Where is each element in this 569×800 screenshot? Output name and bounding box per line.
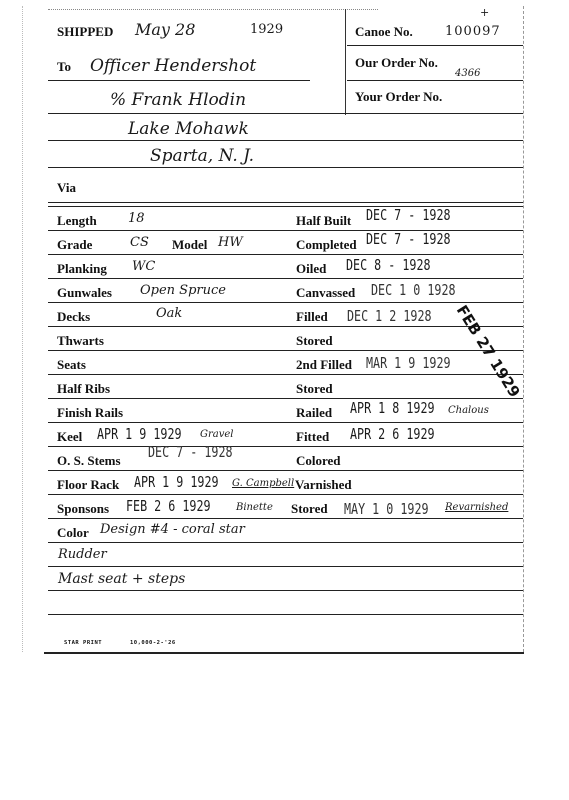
row-line [48,254,523,255]
model-value: HW [218,235,243,250]
row-line [48,590,523,591]
canvassed-stamp: DEC 1 0 1928 [371,281,456,299]
stored-label-1: Stored [296,333,333,349]
length-value: 18 [128,211,145,226]
row-line [48,230,523,231]
canoe-no-mark: + [480,6,489,19]
decks-label: Decks [57,309,90,325]
top-border [48,9,378,10]
grade-label: Grade [57,237,92,253]
stored-label-2: Stored [296,381,333,397]
filled-label: Filled [296,309,328,325]
card-bottom-line [44,652,524,654]
finish-rails-label: Finish Rails [57,405,123,421]
keel-stamp: APR 1 9 1929 [97,425,182,443]
second-filled-stamp: MAR 1 9 1929 [366,354,451,372]
shipped-year: 1929 [250,22,283,37]
print-code: 10,000-2-'26 [130,640,176,646]
colored-label: Colored [296,453,341,469]
completed-stamp: DEC 7 - 1928 [366,230,451,248]
to-line-1: Officer Hendershot [90,56,256,76]
color-value: Design #4 - coral star [100,522,245,537]
length-label: Length [57,213,97,229]
row-line [48,494,523,495]
floor-rack-note: G. Campbell [232,478,294,489]
row-line [48,374,523,375]
to-underline-4 [48,167,523,168]
row-line [48,422,523,423]
your-order-label: Your Order No. [355,89,442,105]
keel-note: Gravel [200,429,234,440]
seats-label: Seats [57,357,86,373]
decks-value: Oak [156,306,182,321]
sponsons-note: Binette [236,502,273,513]
canoe-no-underline [347,45,523,46]
second-filled-label: 2nd Filled [296,357,352,373]
to-underline-3 [48,140,523,141]
row-line [48,350,523,351]
canvassed-label: Canvassed [296,285,355,301]
railed-label: Railed [296,405,332,421]
gunwales-label: Gunwales [57,285,112,301]
keel-label: Keel [57,429,82,445]
oiled-stamp: DEC 8 - 1928 [346,256,431,274]
stored-note: Revarnished [445,502,508,513]
oiled-label: Oiled [296,261,326,277]
via-label: Via [57,180,76,196]
varnished-label: Varnished [295,477,352,493]
half-built-label: Half Built [296,213,351,229]
grade-value: CS [130,235,149,250]
railed-note: Chalous [448,405,489,416]
to-line-2: % Frank Hlodin [110,90,246,110]
floor-rack-label: Floor Rack [57,477,119,493]
row-line [48,542,523,543]
extra-row-rudder: Rudder [58,547,107,562]
row-line [48,614,523,615]
planking-value: WC [132,259,155,274]
canoe-no-value: 100097 [445,24,501,39]
floor-rack-stamp: APR 1 9 1929 [134,473,219,491]
extra-row-mast: Mast seat + steps [58,571,185,587]
row-line [48,518,523,519]
row-line [48,398,523,399]
our-order-value: 4366 [455,68,480,79]
stored-stamp: MAY 1 0 1929 [344,500,429,518]
to-label: To [57,59,71,75]
via-double-line-1 [48,202,523,203]
row-line [48,566,523,567]
row-line [48,470,523,471]
shipped-label: SHIPPED [57,24,113,40]
half-ribs-label: Half Ribs [57,381,110,397]
row-line [48,446,523,447]
printer-imprint: STAR PRINT [64,640,102,646]
planking-label: Planking [57,261,107,277]
railed-stamp: APR 1 8 1929 [350,399,435,417]
thwarts-label: Thwarts [57,333,104,349]
row-line [48,326,523,327]
to-line-3: Lake Mohawk [128,119,249,139]
row-line [48,278,523,279]
our-order-label: Our Order No. [355,55,438,71]
half-built-stamp: DEC 7 - 1928 [366,206,451,224]
os-stems-label: O. S. Stems [57,453,121,469]
row-line [48,302,523,303]
to-underline-1 [48,80,310,81]
gunwales-value: Open Spruce [140,283,226,298]
filled-stamp: DEC 1 2 1928 [347,307,432,325]
fitted-label: Fitted [296,429,329,445]
completed-label: Completed [296,237,357,253]
color-label: Color [57,525,89,541]
model-label: Model [172,237,207,253]
canoe-no-label: Canoe No. [355,24,413,40]
via-double-line-2 [48,206,523,207]
fitted-stamp: APR 2 6 1929 [350,425,435,443]
order-box-divider [345,9,346,115]
our-order-underline [347,80,523,81]
stored-label-3: Stored [291,501,328,517]
shipped-date: May 28 [135,20,195,39]
sponsons-label: Sponsons [57,501,109,517]
sponsons-stamp: FEB 2 6 1929 [126,497,211,515]
to-line-4: Sparta, N. J. [150,146,254,166]
to-underline-2 [48,113,523,114]
os-stems-stamp: DEC 7 - 1928 [148,443,233,461]
